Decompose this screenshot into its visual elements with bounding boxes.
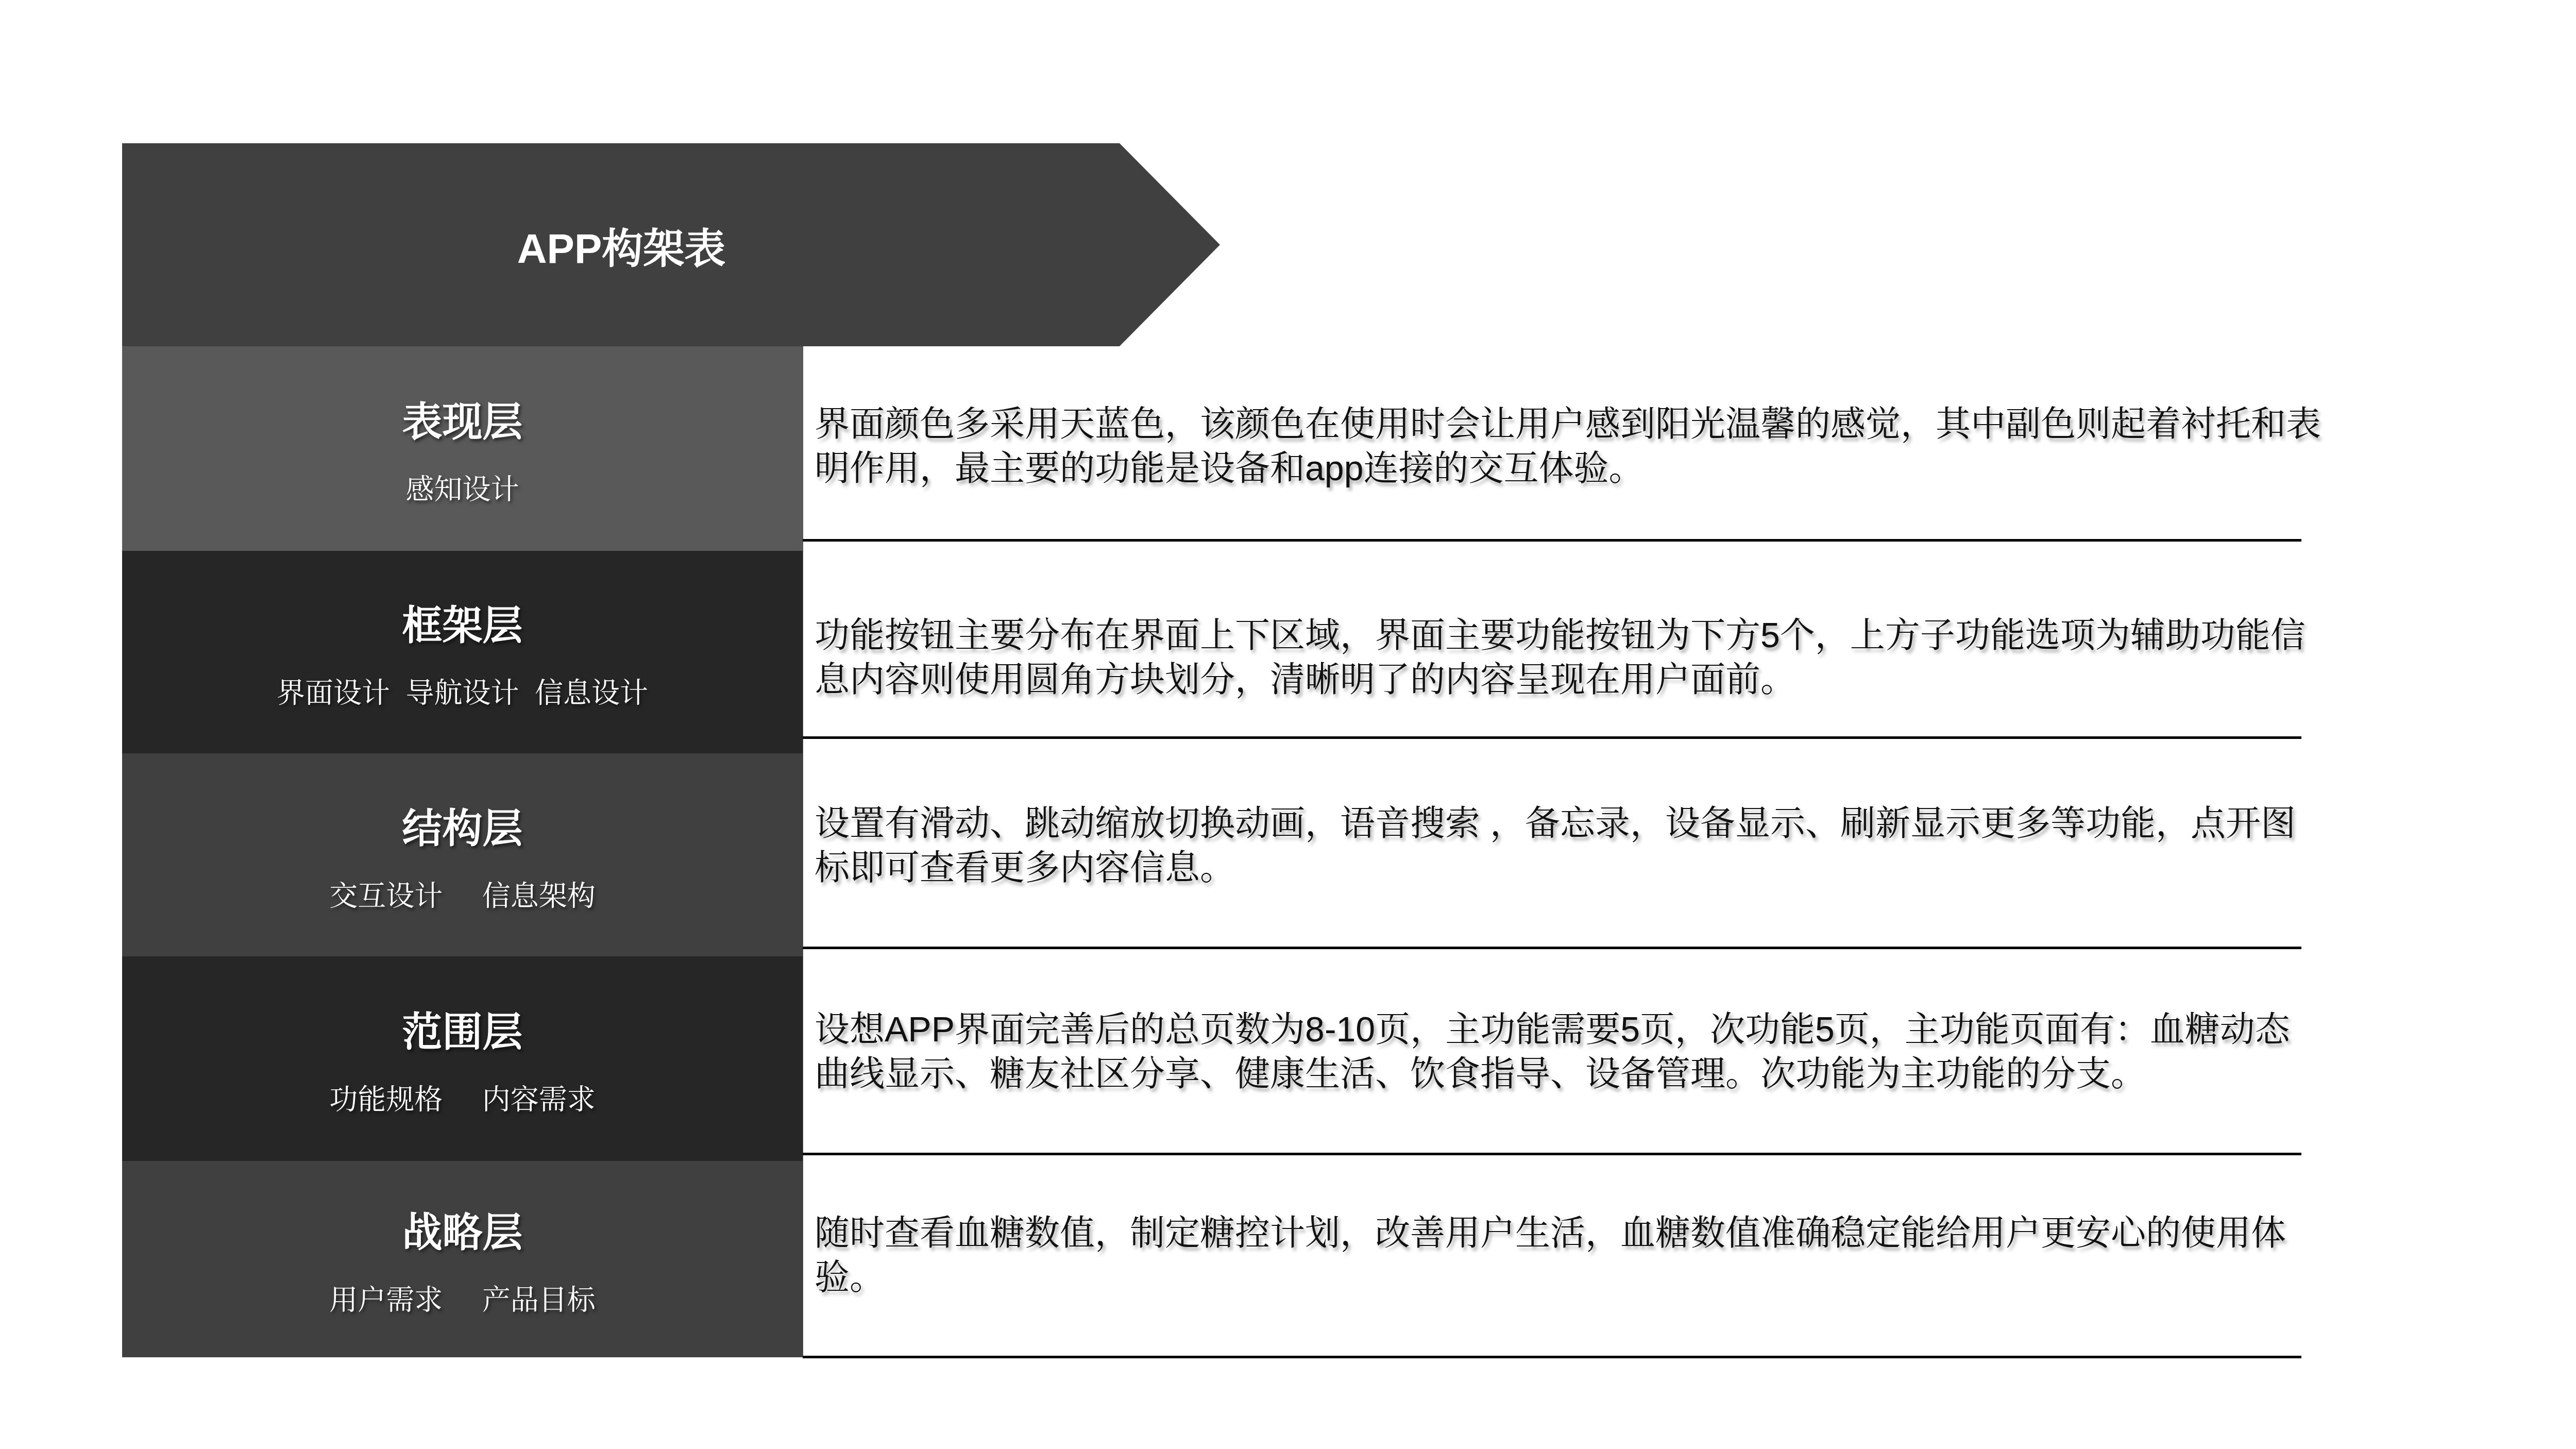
row-divider (803, 736, 2301, 739)
layer-description: 功能按钮主要分布在界面上下区域，界面主要功能按钮为下方5个，上方子功能选项为辅助… (815, 613, 2324, 702)
page-title: APP构架表 (122, 143, 1121, 346)
layer-subtitle: 界面设计 导航设计 信息设计 (277, 670, 648, 711)
layer-skeleton: 框架层 界面设计 导航设计 信息设计 (122, 551, 803, 753)
layer-description: 界面颜色多采用天蓝色，该颜色在使用时会让用户感到阳光温馨的感觉，其中副色则起着衬… (815, 402, 2324, 491)
row-divider (803, 947, 2301, 949)
layer-description: 设置有滑动、跳动缩放切换动画，语音搜索 ，备忘录，设备显示、刷新显示更多等功能，… (815, 801, 2324, 890)
layer-name: 框架层 (402, 594, 522, 651)
layer-name: 战略层 (402, 1201, 522, 1258)
layer-presentation: 表现层 感知设计 (122, 346, 803, 551)
row-divider (803, 539, 2301, 542)
layer-subtitle: 感知设计 (405, 466, 519, 507)
layer-subtitle: 用户需求 产品目标 (329, 1277, 595, 1318)
layer-description: 设想APP界面完善后的总页数为8-10页，主功能需要5页，次功能5页，主功能页面… (815, 1007, 2324, 1096)
layer-subtitle: 功能规格 内容需求 (329, 1076, 595, 1117)
layer-name: 范围层 (402, 1000, 522, 1058)
layer-name: 结构层 (402, 797, 522, 854)
layer-strategy: 战略层 用户需求 产品目标 (122, 1161, 803, 1357)
row-divider (803, 1153, 2301, 1155)
layer-scope: 范围层 功能规格 内容需求 (122, 956, 803, 1161)
layer-subtitle: 交互设计 信息架构 (329, 873, 595, 914)
layer-structure: 结构层 交互设计 信息架构 (122, 753, 803, 956)
layer-name: 表现层 (402, 390, 522, 448)
header-arrow-banner: APP构架表 (122, 143, 1220, 346)
row-divider (803, 1356, 2301, 1358)
layer-description: 随时查看血糖数值，制定糖控计划，改善用户生活，血糖数值准确稳定能给用户更安心的使… (815, 1211, 2324, 1300)
